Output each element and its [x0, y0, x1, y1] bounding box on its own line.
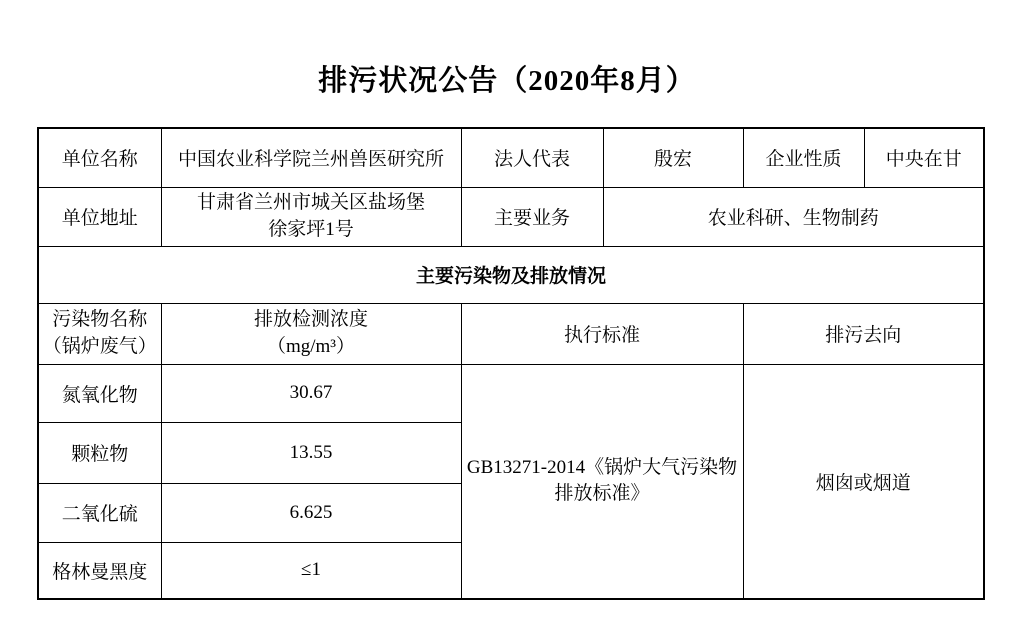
enterprise-type-label-cell: 企业性质 — [743, 128, 864, 187]
standard-header-cell: 执行标准 — [461, 303, 743, 364]
page-title: 排污状况公告（2020年8月） — [0, 58, 1014, 99]
standard-value-cell: GB13271-2014《锅炉大气污染物 排放标准》 — [461, 364, 743, 599]
section-header: 主要污染物及排放情况 — [38, 246, 984, 303]
destination-value-cell: 烟囱或烟道 — [743, 364, 984, 599]
document-page: 排污状况公告（2020年8月） 单位名称 中国农业科学院兰州兽医研究所 法人代表… — [0, 0, 1014, 638]
announcement-table: 单位名称 中国农业科学院兰州兽医研究所 法人代表 殷宏 企业性质 中央在甘 单位… — [37, 127, 985, 600]
pollutant-value-cell: 13.55 — [161, 422, 461, 483]
table-row: 污染物名称 （锅炉废气） 排放检测浓度 （mg/m³） 执行标准 排污去向 — [38, 303, 984, 364]
unit-address-label-cell: 单位地址 — [38, 187, 161, 246]
unit-name-label-cell: 单位名称 — [38, 128, 161, 187]
pollutant-value-cell: 6.625 — [161, 483, 461, 542]
legal-rep-value-cell: 殷宏 — [603, 128, 743, 187]
concentration-header-cell: 排放检测浓度 （mg/m³） — [161, 303, 461, 364]
pollutant-value-cell: 30.67 — [161, 364, 461, 422]
pollutant-name-header-cell: 污染物名称 （锅炉废气） — [38, 303, 161, 364]
pollutant-name-cell: 氮氧化物 — [38, 364, 161, 422]
legal-rep-label-cell: 法人代表 — [461, 128, 603, 187]
unit-name-value-cell: 中国农业科学院兰州兽医研究所 — [161, 128, 461, 187]
pollutant-value-cell: ≤1 — [161, 542, 461, 599]
pollutant-name-cell: 格林曼黑度 — [38, 542, 161, 599]
table-row: 主要污染物及排放情况 — [38, 246, 984, 303]
enterprise-type-value-cell: 中央在甘 — [864, 128, 984, 187]
destination-header-cell: 排污去向 — [743, 303, 984, 364]
table-row: 单位地址 甘肃省兰州市城关区盐场堡 徐家坪1号 主要业务 农业科研、生物制药 — [38, 187, 984, 246]
main-business-label-cell: 主要业务 — [461, 187, 603, 246]
table-row: 单位名称 中国农业科学院兰州兽医研究所 法人代表 殷宏 企业性质 中央在甘 — [38, 128, 984, 187]
pollutant-name-cell: 二氧化硫 — [38, 483, 161, 542]
table-row: 氮氧化物 30.67 GB13271-2014《锅炉大气污染物 排放标准》 烟囱… — [38, 364, 984, 422]
unit-address-value-cell: 甘肃省兰州市城关区盐场堡 徐家坪1号 — [161, 187, 461, 246]
main-business-value-cell: 农业科研、生物制药 — [603, 187, 984, 246]
pollutant-name-cell: 颗粒物 — [38, 422, 161, 483]
